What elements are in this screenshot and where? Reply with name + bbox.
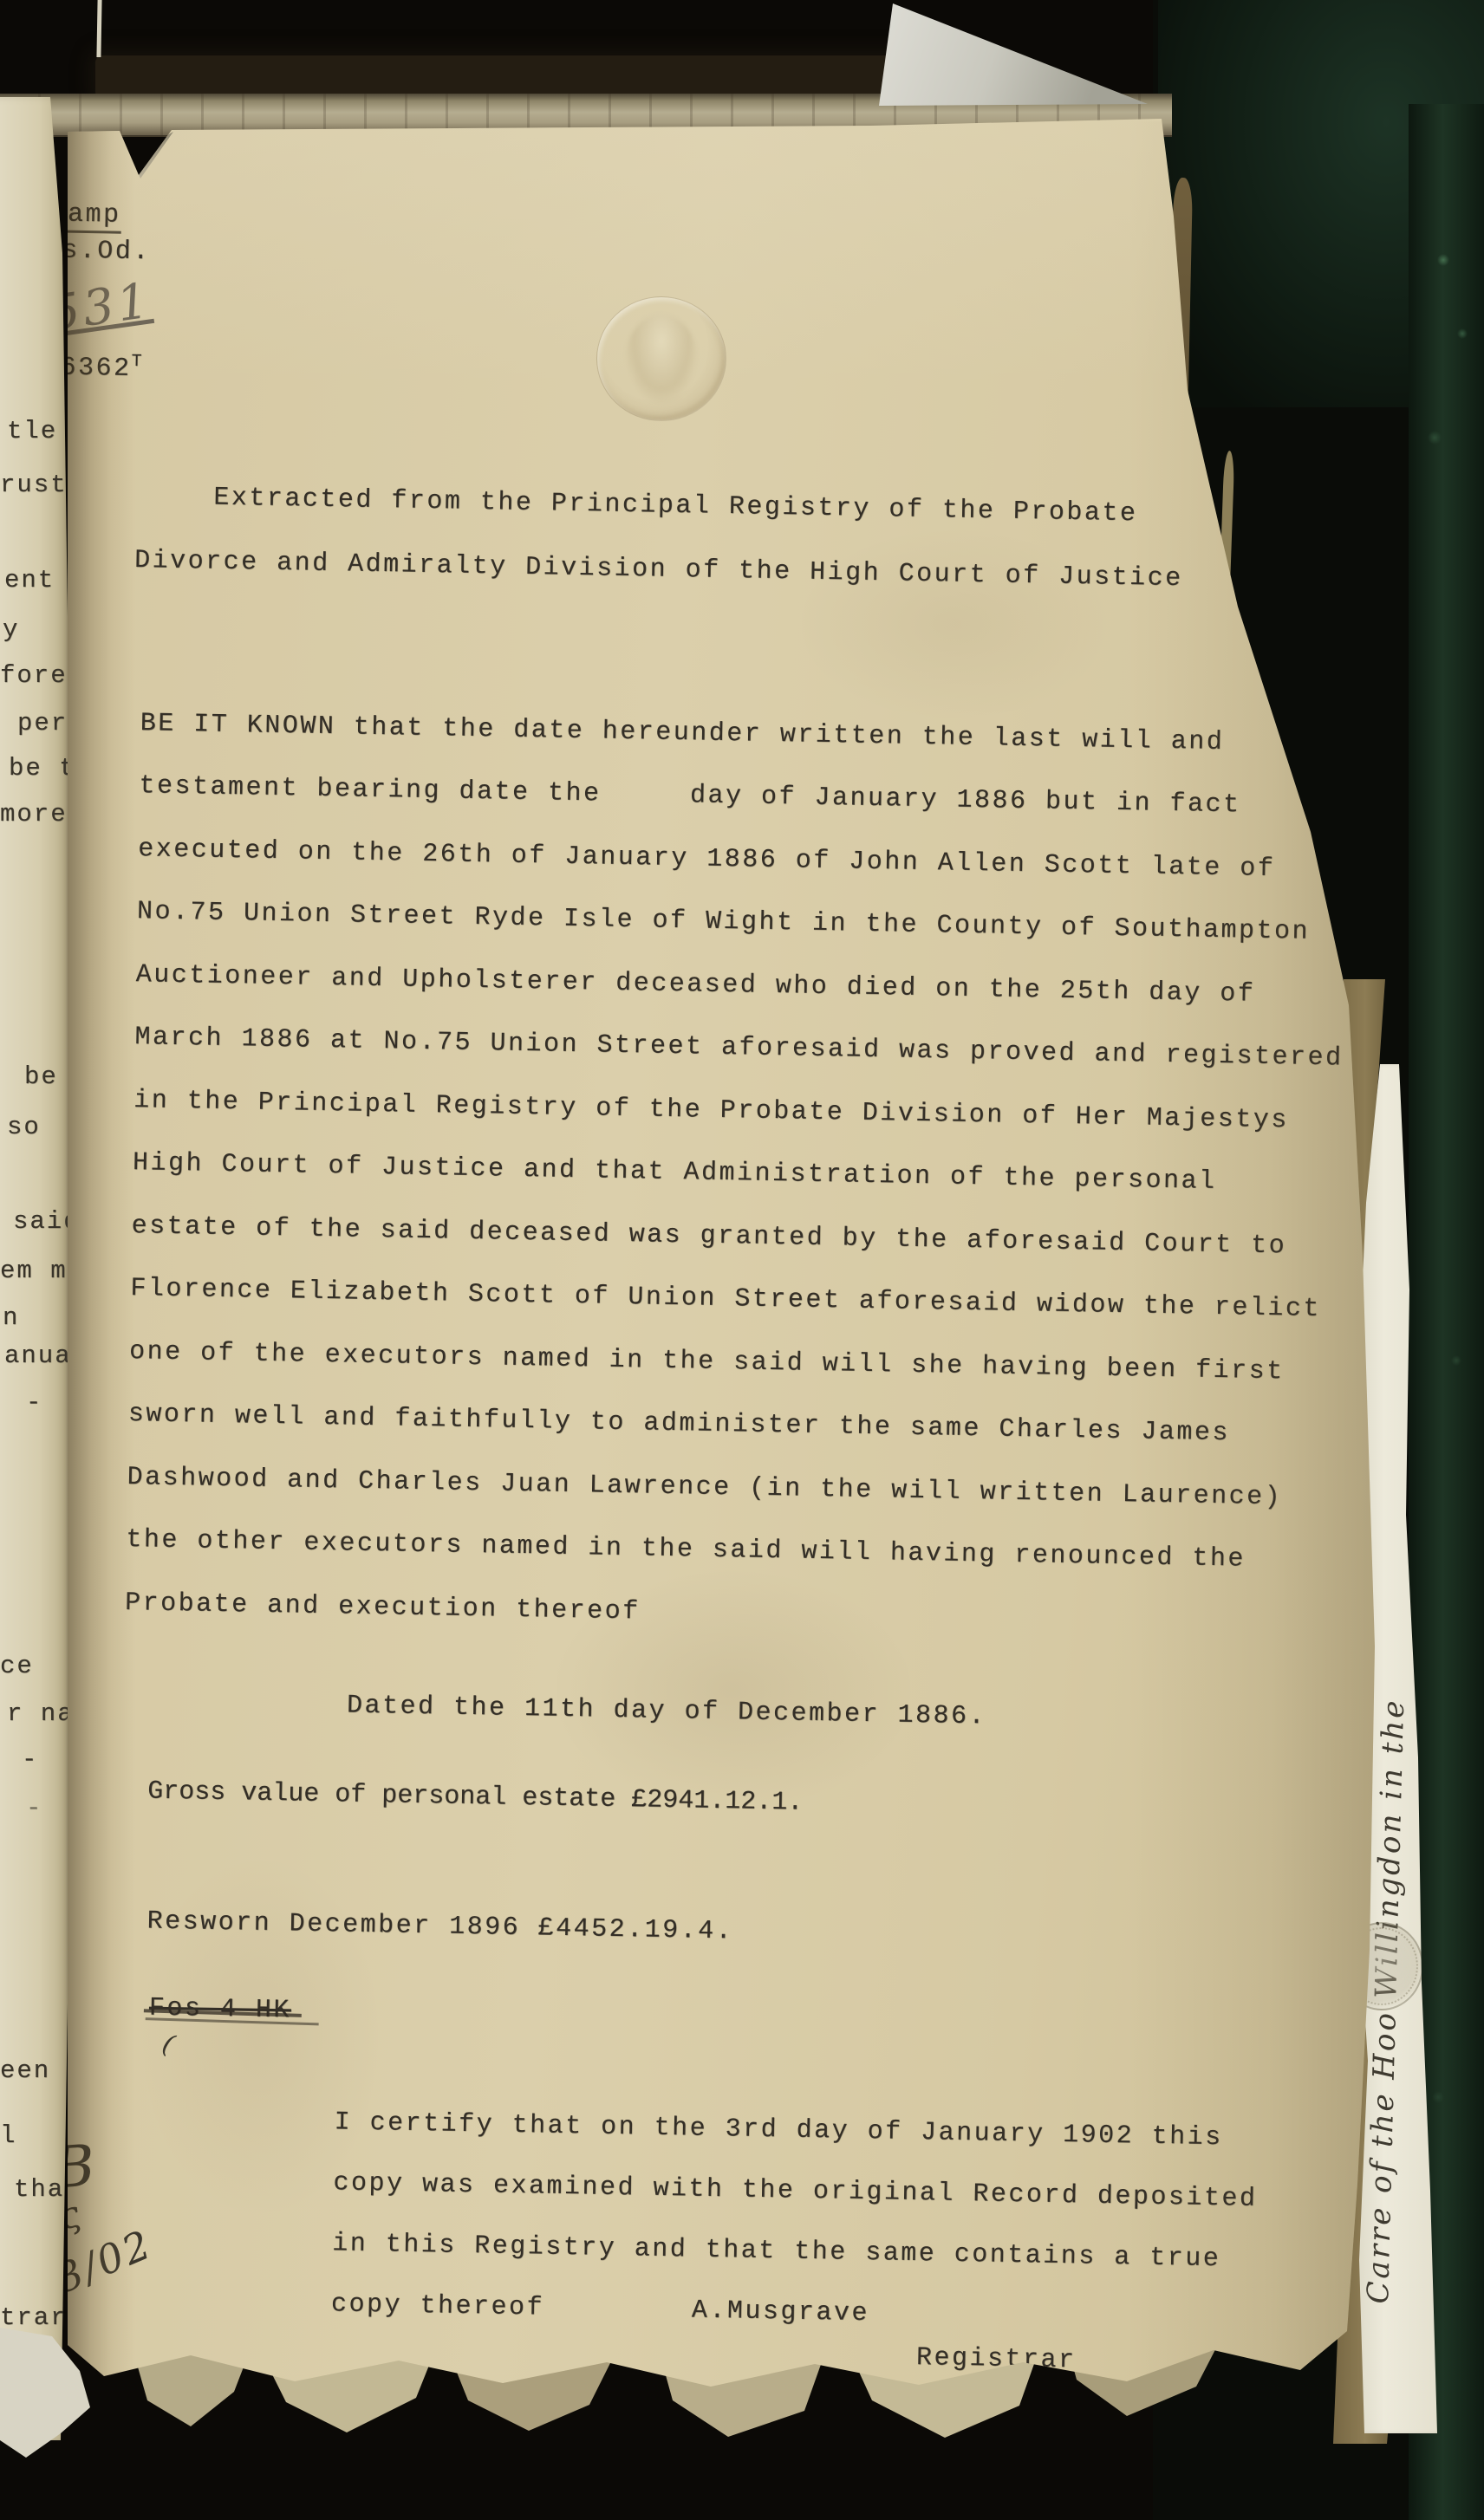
- left-page-text-fragment: ent: [4, 568, 55, 593]
- left-page-text-fragment: y: [3, 617, 19, 642]
- left-page-text-fragment: -: [26, 1796, 42, 1821]
- body-line: the other executors named in the said wi…: [126, 1526, 1246, 1575]
- left-page-text-fragment: l: [0, 2123, 16, 2148]
- header-line: Divorce and Admiralty Division of the Hi…: [134, 547, 1183, 594]
- certification-line: in this Registry and that the same conta…: [332, 2230, 1221, 2274]
- left-page-text-fragment: tle: [7, 419, 57, 444]
- left-page-text-fragment: so: [7, 1114, 41, 1140]
- body-line: Auctioneer and Upholsterer deceased who …: [135, 961, 1255, 1010]
- left-page-text-fragment: -: [22, 1747, 38, 1772]
- body-line: BE IT KNOWN that the date hereunder writ…: [140, 710, 1225, 757]
- body-line: in the Principal Registry of the Probate…: [133, 1087, 1289, 1135]
- certification-line: copy was examined with the original Reco…: [333, 2169, 1258, 2214]
- underlying-page: tle ruste ent y fore- per be ta more be …: [0, 97, 71, 2440]
- left-page-text-fragment: ce: [0, 1653, 34, 1679]
- body-line: testament bearing date the day of Januar…: [139, 772, 1241, 820]
- body-line: sworn well and faithfully to administer …: [128, 1400, 1231, 1448]
- certification-line: copy thereof: [331, 2290, 545, 2322]
- body-line: High Court of Justice and that Administr…: [133, 1149, 1217, 1197]
- document-page: amp s.Od. 531 66362T Extracted from the …: [0, 0, 1387, 2409]
- left-page-text-fragment: -: [26, 1390, 42, 1415]
- header-line: Extracted from the Principal Registry of…: [213, 484, 1138, 529]
- left-page-text-fragment: n: [3, 1305, 19, 1330]
- correction-tick: (: [159, 2029, 178, 2061]
- certification-line: I certify that on the 3rd day of January…: [334, 2108, 1223, 2153]
- body-line: Dashwood and Charles Juan Lawrence (in t…: [127, 1464, 1282, 1512]
- paper-sliver: [96, 0, 101, 57]
- gross-value-line: Gross value of personal estate £2941.12.…: [147, 1778, 804, 1818]
- left-page-text-fragment: per: [17, 711, 68, 736]
- folded-paper-corner: [867, 0, 1153, 106]
- gutter-shadow: [68, 97, 135, 2385]
- body-line: estate of the said deceased was granted …: [131, 1212, 1286, 1261]
- left-page-text-fragment: be: [24, 1064, 58, 1089]
- dated-line: Dated the 11th day of December 1886.: [347, 1692, 987, 1732]
- body-line: one of the executors named in the said w…: [129, 1338, 1285, 1387]
- left-page-text-fragment: more: [0, 802, 68, 827]
- book-top-shadow: [95, 55, 971, 99]
- folio-note: Fos 4 HK: [149, 1995, 292, 2026]
- body-line: Probate and execution thereof: [125, 1589, 641, 1627]
- left-page-text-fragment: een: [0, 2058, 50, 2083]
- resworn-line: Resworn December 1896 £4452.19.4.: [146, 1908, 733, 1947]
- registrar-signature: A.Musgrave: [692, 2297, 870, 2329]
- body-line: executed on the 26th of January 1886 of …: [138, 835, 1276, 884]
- scanned-probate-document-photo: Carre of the Hoo Willingdon in the tle r…: [0, 0, 1484, 2520]
